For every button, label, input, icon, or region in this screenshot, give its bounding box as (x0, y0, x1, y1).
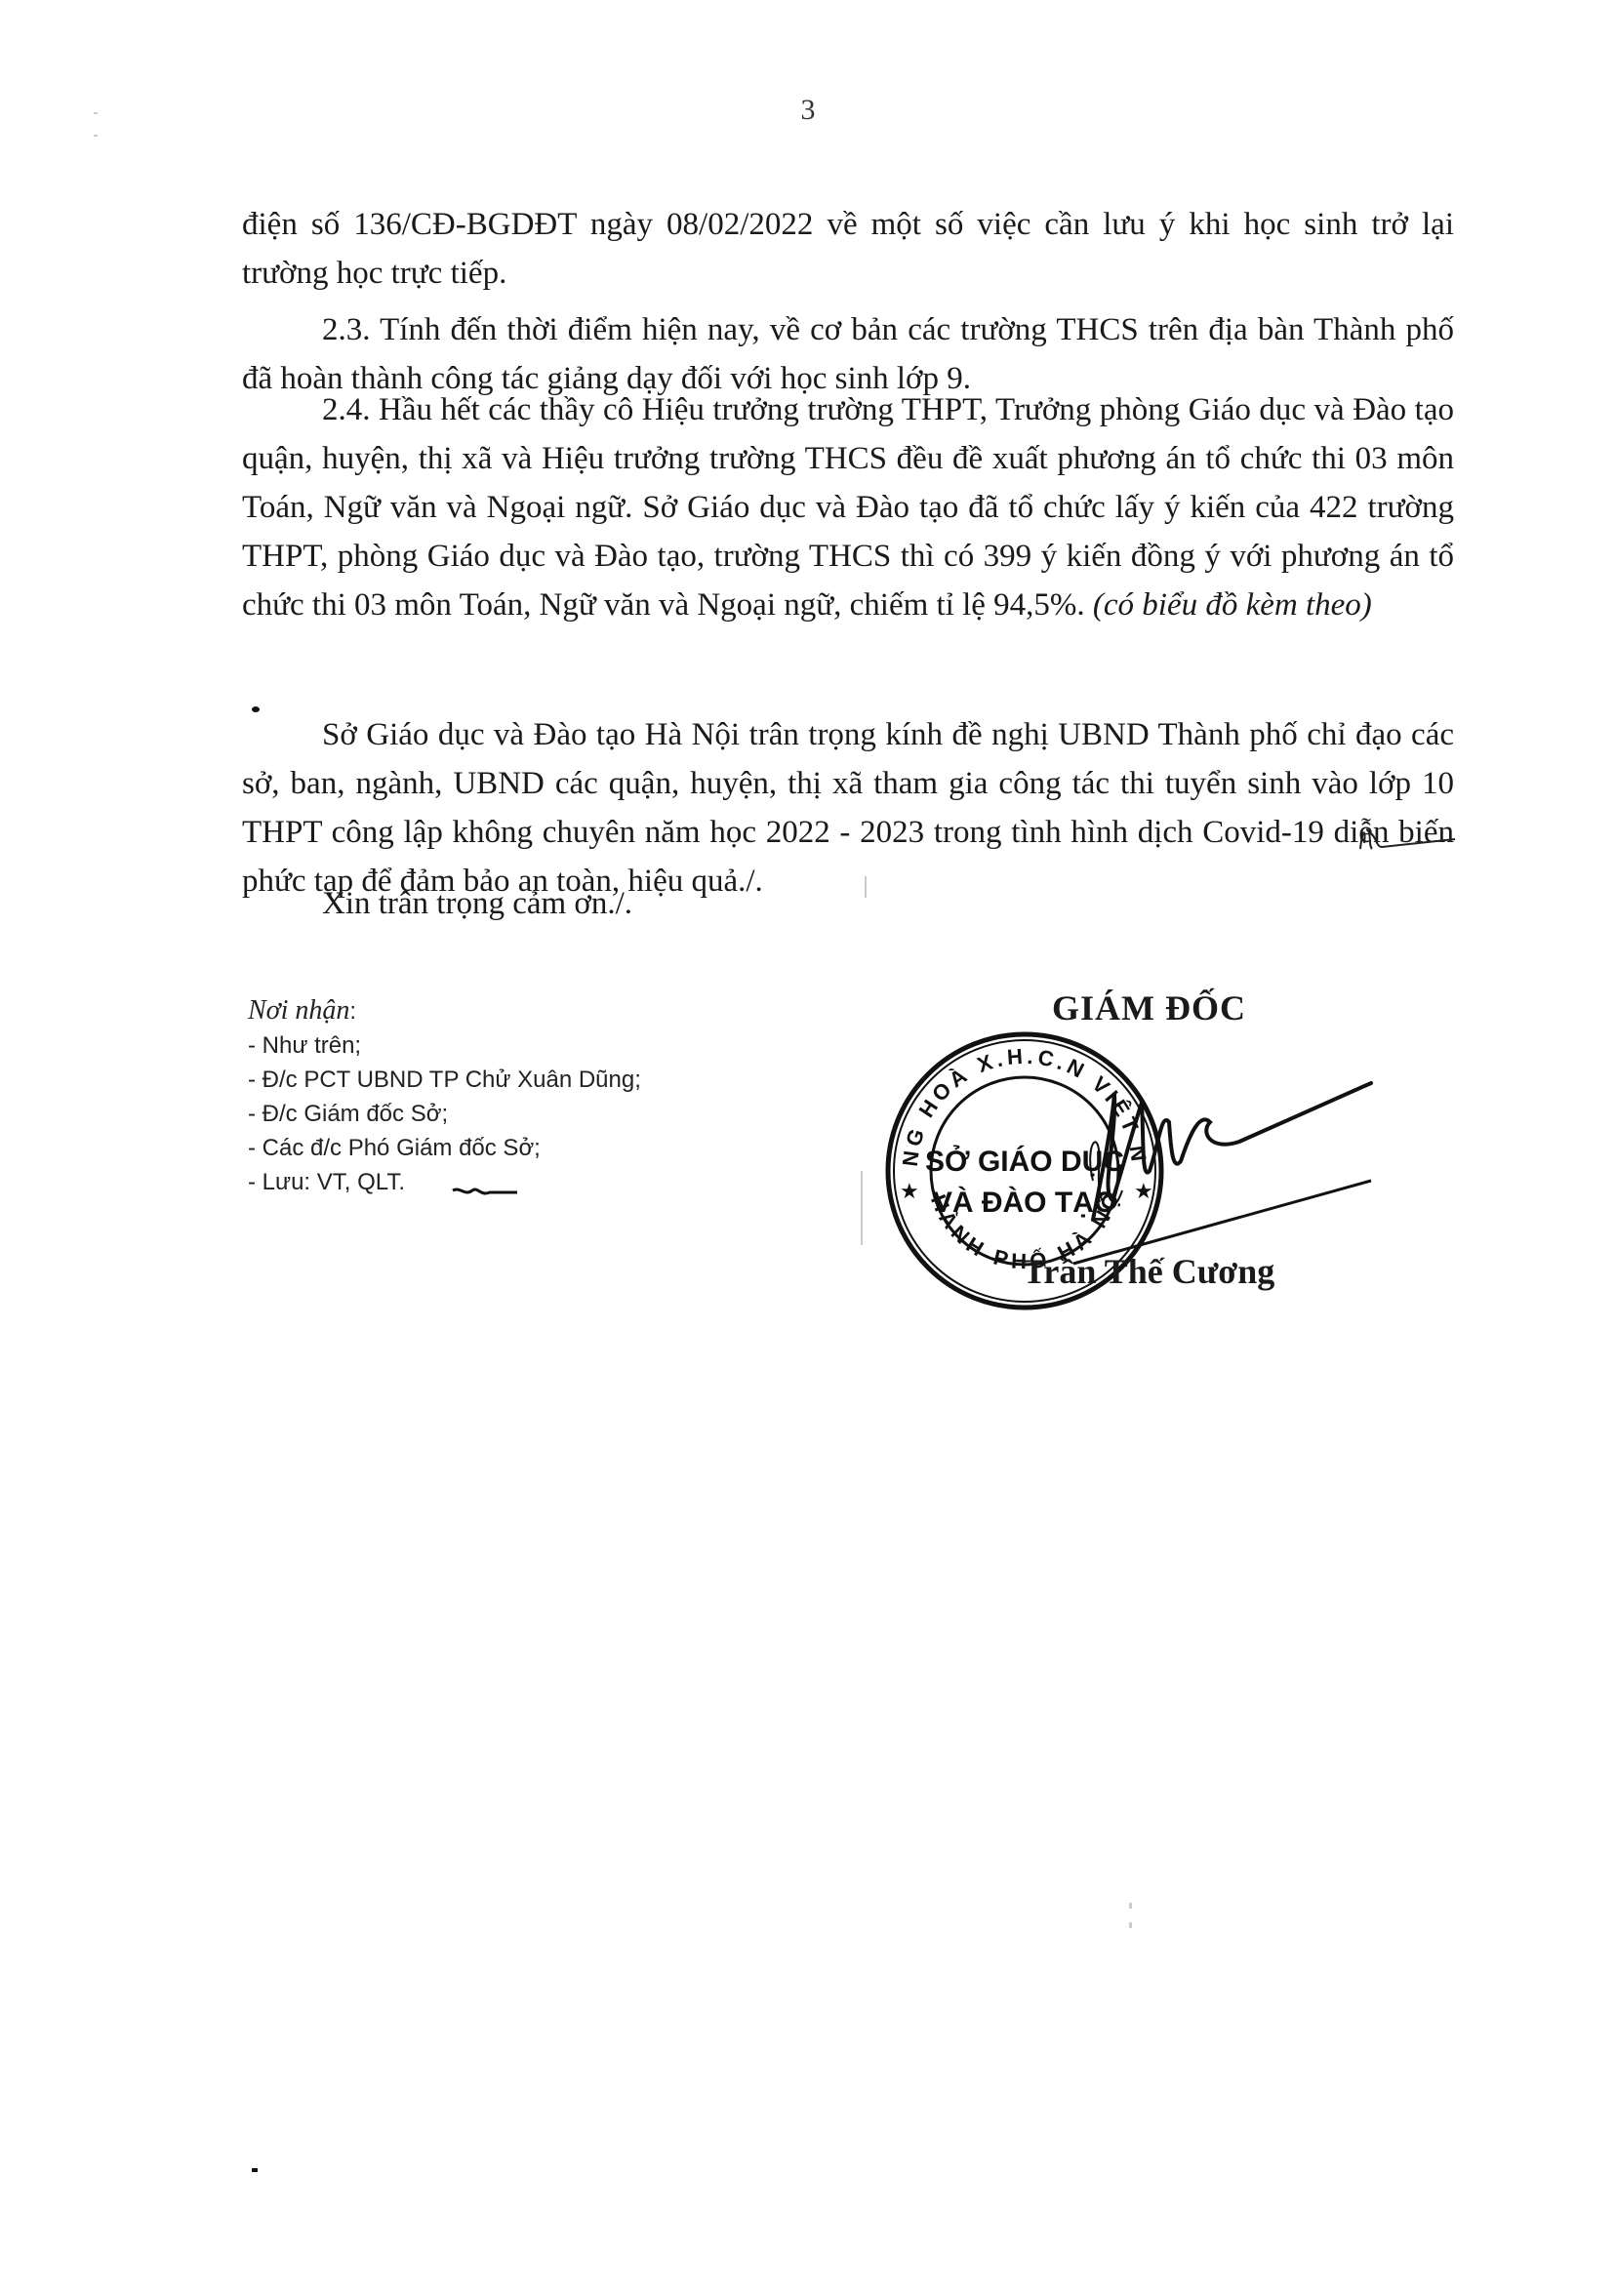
signer-name: Trần Thế Cương (1023, 1251, 1274, 1292)
recipient-item: - Đ/c PCT UBND TP Chử Xuân Dũng; (248, 1063, 641, 1097)
recipients-list: Nơi nhận: - Như trên; - Đ/c PCT UBND TP … (248, 993, 641, 1199)
recipient-item: - Các đ/c Phó Giám đốc Sở; (248, 1131, 641, 1165)
chart-attached-note: (có biểu đồ kèm theo) (1093, 587, 1372, 623)
initials-mark-icon (1353, 820, 1460, 859)
section-2-4-text: 2.4. Hầu hết các thầy cô Hiệu trưởng trư… (242, 385, 1454, 629)
section-2-4-paragraph: 2.4. Hầu hết các thầy cô Hiệu trưởng trư… (242, 385, 1454, 629)
recipient-item: - Đ/c Giám đốc Sở; (248, 1097, 641, 1131)
recipient-item: - Như trên; (248, 1028, 641, 1063)
closing-text: Xin trân trọng cảm ơn./. (322, 886, 632, 922)
svg-text:★: ★ (900, 1180, 919, 1204)
request-text: Sở Giáo dục và Đào tạo Hà Nội trân trọng… (242, 710, 1454, 906)
recipients-heading-colon: : (349, 998, 356, 1025)
recipient-item: - Lưu: VT, QLT. (248, 1165, 641, 1199)
archive-initials-icon (451, 1185, 519, 1200)
handwritten-signature-icon (1054, 1025, 1376, 1278)
recipients-heading: Nơi nhận (248, 995, 349, 1026)
page-number: 3 (0, 94, 1616, 127)
signature-title: GIÁM ĐỐC (1052, 987, 1246, 1028)
